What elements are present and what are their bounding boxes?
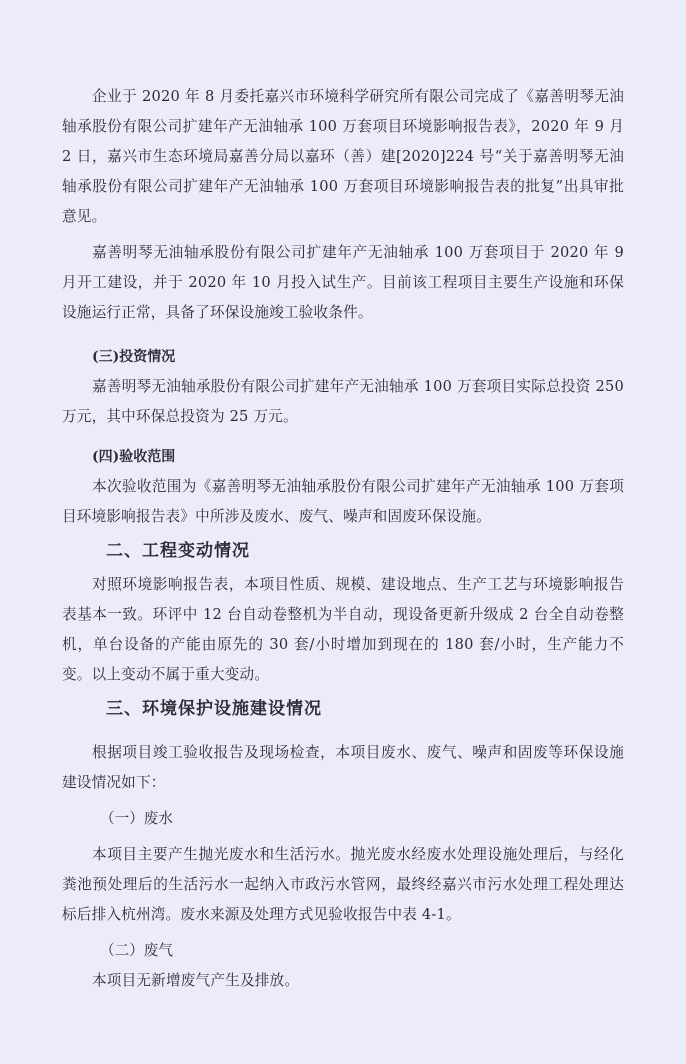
paragraph-wastewater: 本项目主要产生抛光废水和生活污水。抛光废水经废水处理设施处理后，与经化粪池预处理… bbox=[62, 840, 624, 930]
heading-investment: (三)投资情况 bbox=[62, 342, 624, 372]
paragraph-eia-approval: 企业于 2020 年 8 月委托嘉兴市环境科学研究所有限公司完成了《嘉善明琴无油… bbox=[62, 82, 624, 232]
paragraph-acceptance-scope: 本次验收范围为《嘉善明琴无油轴承股份有限公司扩建年产无油轴承 100 万套项目环… bbox=[62, 472, 624, 532]
heading-acceptance-scope: (四)验收范围 bbox=[62, 442, 624, 472]
heading-waste-gas: （二）废气 bbox=[62, 936, 624, 966]
paragraph-facilities-intro: 根据项目竣工验收报告及现场检查，本项目废水、废气、噪声和固废等环保设施建设情况如… bbox=[62, 738, 624, 798]
paragraph-waste-gas: 本项目无新增废气产生及排放。 bbox=[62, 966, 624, 996]
document-body: 企业于 2020 年 8 月委托嘉兴市环境科学研究所有限公司完成了《嘉善明琴无油… bbox=[62, 82, 624, 996]
document-page: 企业于 2020 年 8 月委托嘉兴市环境科学研究所有限公司完成了《嘉善明琴无油… bbox=[0, 0, 686, 1064]
heading-wastewater: （一）废水 bbox=[62, 804, 624, 834]
paragraph-investment: 嘉善明琴无油轴承股份有限公司扩建年产无油轴承 100 万套项目实际总投资 250… bbox=[62, 372, 624, 432]
paragraph-construction-schedule: 嘉善明琴无油轴承股份有限公司扩建年产无油轴承 100 万套项目于 2020 年 … bbox=[62, 238, 624, 328]
heading-engineering-changes: 二、工程变动情况 bbox=[62, 532, 624, 570]
heading-environmental-facilities: 三、环境保护设施建设情况 bbox=[62, 690, 624, 728]
paragraph-engineering-changes: 对照环境影响报告表，本项目性质、规模、建设地点、生产工艺与环境影响报告表基本一致… bbox=[62, 570, 624, 690]
